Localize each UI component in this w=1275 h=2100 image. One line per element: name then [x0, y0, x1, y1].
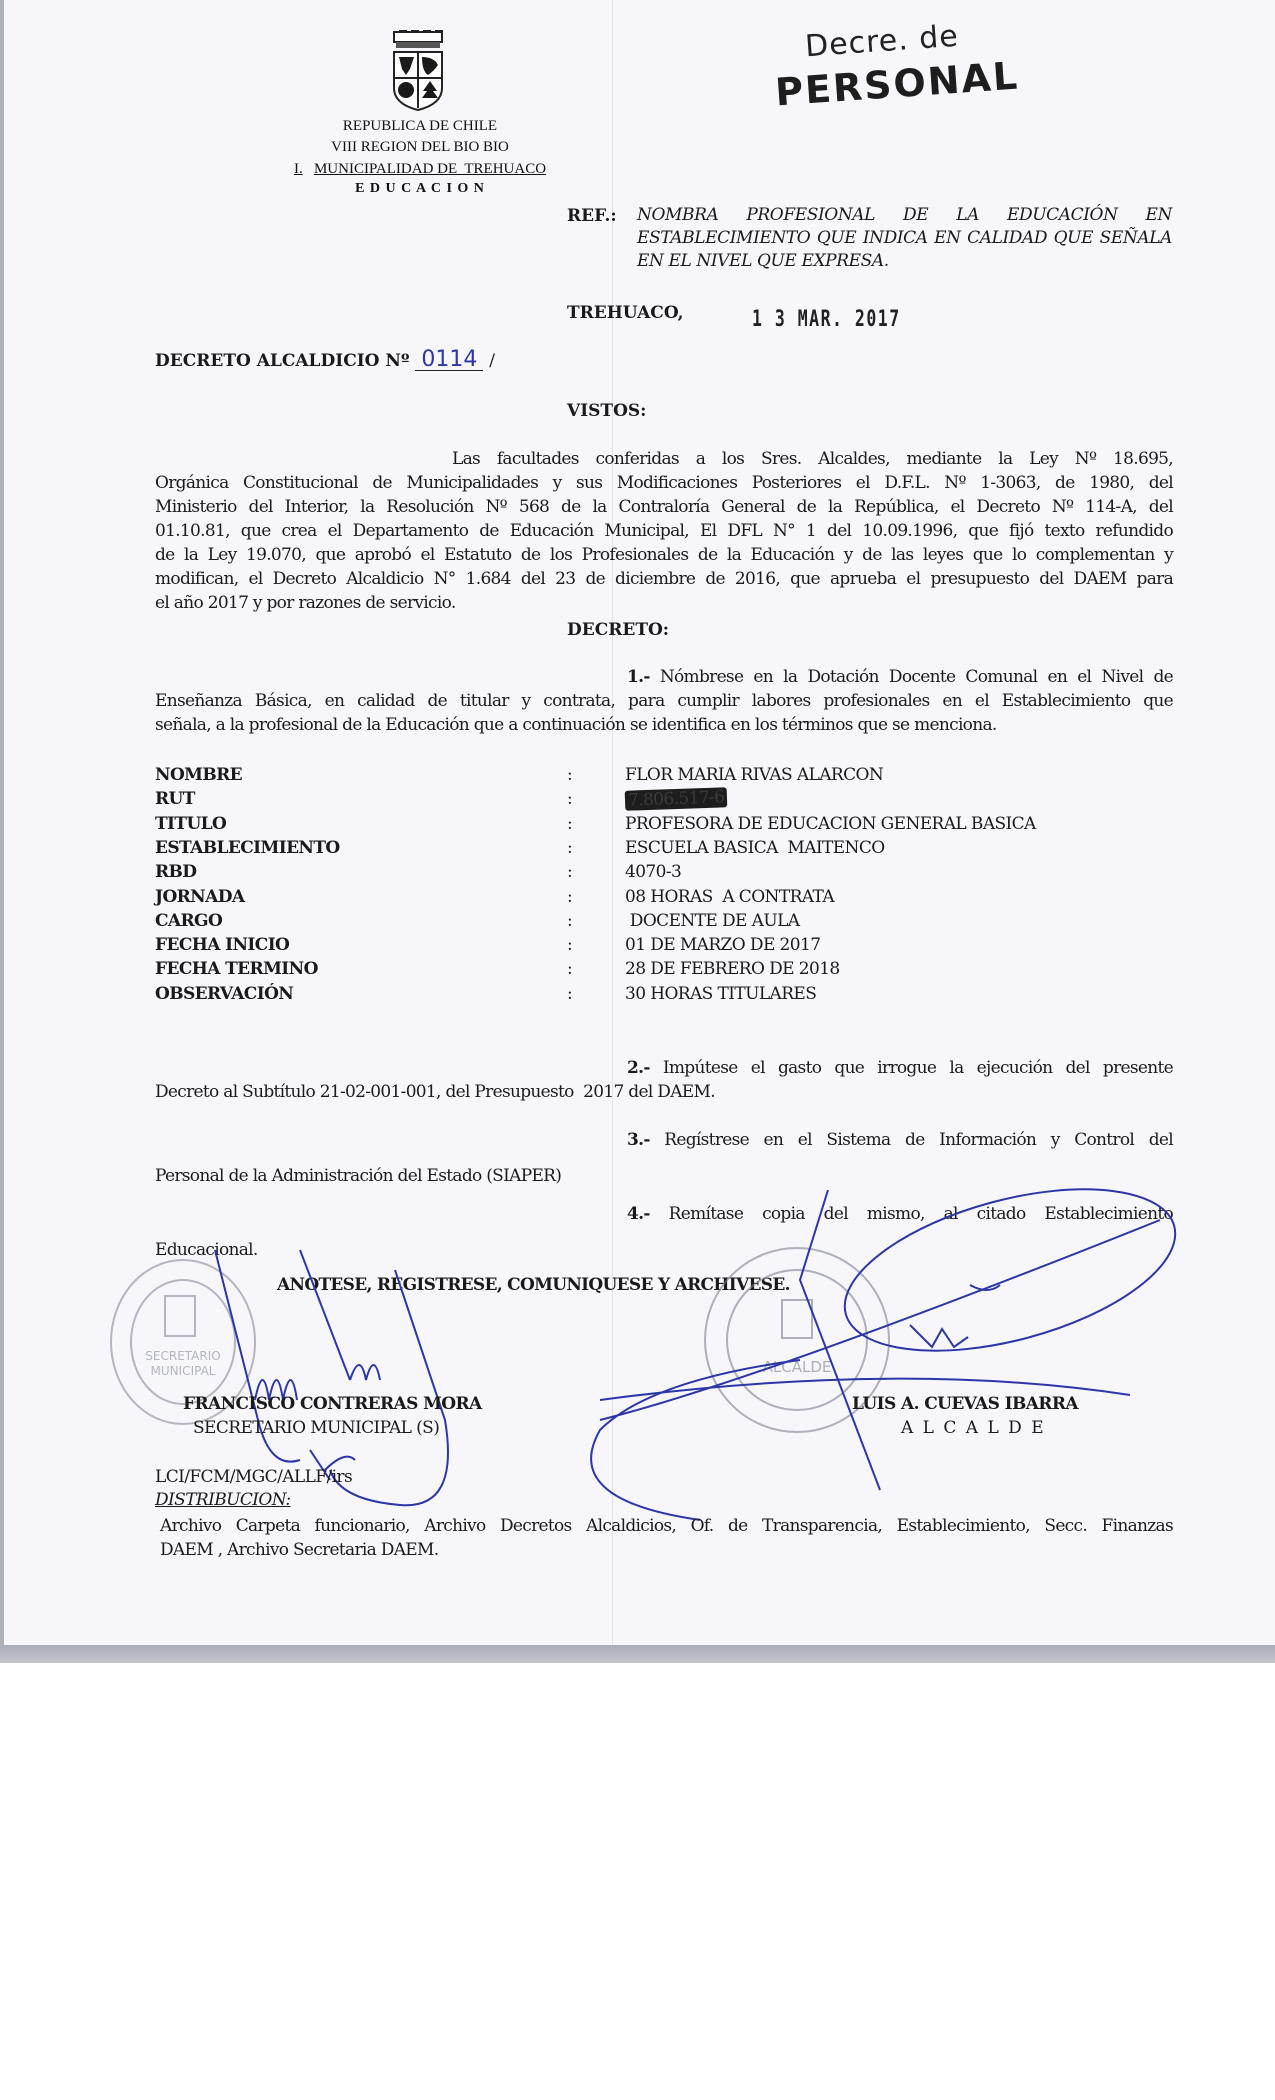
item2-text: Impútese el gasto que irrogue la ejecuci…	[663, 1058, 1173, 1078]
field-label: FECHA INICIO	[155, 935, 289, 955]
vistos-line: modifican, el Decreto Alcaldicio N° 1.68…	[155, 567, 1173, 591]
item1-number: 1.-	[627, 667, 650, 687]
field-value: ESCUELA BASICA MAITENCO	[625, 838, 885, 858]
item2-paragraph: 2.- Impútese el gasto que irrogue la eje…	[155, 1056, 1173, 1104]
field-label: NOMBRE	[155, 765, 242, 785]
item1-line: 1.- Nómbrese en la Dotación Docente Comu…	[155, 665, 1173, 689]
ref-text: NOMBRA PROFESIONAL DE LA EDUCACIÓN EN ES…	[637, 204, 1172, 273]
item4-line: 4.- Remítase copia del mismo, al citado …	[155, 1202, 1173, 1226]
field-value: DOCENTE DE AULA	[625, 911, 799, 931]
ref-line: EN EL NIVEL QUE EXPRESA.	[637, 250, 1172, 273]
item1-line: señala, a la profesional de la Educación…	[155, 713, 1173, 737]
distribution-line: DAEM , Archivo Secretaria DAEM.	[160, 1538, 1173, 1562]
closing-formula: ANOTESE, REGISTRESE, COMUNIQUESE Y ARCHI…	[277, 1275, 790, 1295]
item2-number: 2.-	[627, 1058, 650, 1078]
item4-number: 4.-	[627, 1204, 650, 1224]
field-row: OBSERVACIÓN:30 HORAS TITULARES	[155, 984, 1155, 1008]
letterhead-municipality-name: MUNICIPALIDAD DE TREHUACO	[314, 161, 546, 177]
decree-number-label: DECRETO ALCALDICIO Nº	[155, 351, 409, 371]
field-separator: :	[567, 765, 572, 785]
letterhead-municipality: I. MUNICIPALIDAD DE TREHUACO	[250, 161, 590, 178]
initials-text: LCI/FCM/MGC/ALLF/irs	[155, 1467, 352, 1487]
field-value: 01 DE MARZO DE 2017	[625, 935, 820, 955]
date-stamp: 1 3 MAR. 2017	[752, 307, 901, 332]
item3-text: Regístrese en el Sistema de Información …	[664, 1130, 1173, 1150]
field-separator: :	[567, 814, 572, 834]
field-value: 4070-3	[625, 862, 681, 882]
field-row: RBD:4070-3	[155, 862, 1155, 886]
redaction-mark: 7.806.517-6	[625, 788, 728, 812]
item1-paragraph: 1.- Nómbrese en la Dotación Docente Comu…	[155, 665, 1173, 737]
field-separator: :	[567, 789, 572, 809]
page-bottom-shadow	[0, 1645, 1275, 1663]
decreto-heading: DECRETO:	[567, 620, 669, 640]
handwritten-decree-number: 0114	[415, 350, 483, 371]
vistos-line: Orgánica Constitucional de Municipalidad…	[155, 471, 1173, 495]
ref-line: NOMBRA PROFESIONAL DE LA EDUCACIÓN EN	[637, 204, 1172, 227]
coat-of-arms-icon	[388, 30, 448, 112]
secretary-title: SECRETARIO MUNICIPAL (S)	[193, 1418, 439, 1438]
field-label: OBSERVACIÓN	[155, 984, 293, 1004]
field-label: CARGO	[155, 911, 222, 931]
field-label: TITULO	[155, 814, 226, 834]
decree-number-suffix: /	[489, 351, 495, 371]
decree-number: DECRETO ALCALDICIO Nº 0114 /	[155, 350, 495, 371]
field-value: 08 HORAS A CONTRATA	[625, 887, 834, 907]
vistos-line: el año 2017 y por razones de servicio.	[155, 591, 1173, 615]
vistos-line: Ministerio del Interior, la Resolución N…	[155, 495, 1173, 519]
field-separator: :	[567, 984, 572, 1004]
page-edge	[0, 0, 4, 1663]
item4-text: Remítase copia del mismo, al citado Esta…	[669, 1204, 1173, 1224]
field-separator: :	[567, 862, 572, 882]
item2-line: Decreto al Subtítulo 21-02-001-001, del …	[155, 1080, 1173, 1104]
vistos-line: 01.10.81, que crea el Departamento de Ed…	[155, 519, 1173, 543]
field-value: PROFESORA DE EDUCACION GENERAL BASICA	[625, 814, 1036, 834]
item3-line: 3.- Regístrese en el Sistema de Informac…	[155, 1128, 1173, 1152]
field-separator: :	[567, 935, 572, 955]
distribution-line: Archivo Carpeta funcionario, Archivo Dec…	[160, 1514, 1173, 1538]
field-row: NOMBRE:FLOR MARIA RIVAS ALARCON	[155, 765, 1155, 789]
vistos-heading: VISTOS:	[567, 401, 646, 421]
field-value-redacted: 7.806.517-6	[625, 789, 727, 809]
ref-label: REF.:	[567, 206, 617, 226]
field-label: FECHA TERMINO	[155, 959, 318, 979]
item3-line: Personal de la Administración del Estado…	[155, 1164, 1173, 1188]
item2-line: 2.- Impútese el gasto que irrogue la eje…	[155, 1056, 1173, 1080]
vistos-line: de la Ley 19.070, que aprobó el Estatuto…	[155, 543, 1173, 567]
initials: LCI/FCM/MGC/ALLF/irs	[155, 1467, 352, 1487]
field-separator: :	[567, 838, 572, 858]
letterhead-department: E D U C A C I O N	[250, 181, 590, 197]
item4-line: Educacional.	[155, 1238, 1173, 1262]
field-row: ESTABLECIMIENTO:ESCUELA BASICA MAITENCO	[155, 838, 1155, 862]
distribution-list: Archivo Carpeta funcionario, Archivo Dec…	[160, 1514, 1173, 1562]
field-label: RBD	[155, 862, 196, 882]
item1-line: Enseñanza Básica, en calidad de titular …	[155, 689, 1173, 713]
field-row: FECHA INICIO:01 DE MARZO DE 2017	[155, 935, 1155, 959]
letterhead-prefix: I.	[294, 161, 303, 177]
field-row: TITULO:PROFESORA DE EDUCACION GENERAL BA…	[155, 814, 1155, 838]
ref-line: ESTABLECIMIENTO QUE INDICA EN CALIDAD QU…	[637, 227, 1172, 250]
letterhead-country: REPUBLICA DE CHILE	[250, 118, 590, 135]
field-separator: :	[567, 887, 572, 907]
place: TREHUACO,	[567, 303, 684, 323]
field-row: CARGO: DOCENTE DE AULA	[155, 911, 1155, 935]
field-value: 28 DE FEBRERO DE 2018	[625, 959, 840, 979]
field-value: FLOR MARIA RIVAS ALARCON	[625, 765, 883, 785]
field-row: JORNADA:08 HORAS A CONTRATA	[155, 887, 1155, 911]
field-label: ESTABLECIMIENTO	[155, 838, 340, 858]
item4-paragraph: 4.- Remítase copia del mismo, al citado …	[155, 1202, 1173, 1262]
field-row: FECHA TERMINO:28 DE FEBRERO DE 2018	[155, 959, 1155, 983]
field-separator: :	[567, 911, 572, 931]
mayor-title: A L C A L D E	[901, 1418, 1046, 1438]
item1-text: Nómbrese en la Dotación Docente Comunal …	[660, 667, 1173, 687]
field-value: 30 HORAS TITULARES	[625, 984, 816, 1004]
field-label: RUT	[155, 789, 195, 809]
field-separator: :	[567, 959, 572, 979]
mayor-name: LUIS A. CUEVAS IBARRA	[852, 1394, 1078, 1414]
vistos-line: Las facultades conferidas a los Sres. Al…	[155, 447, 1173, 471]
distribution-heading: DISTRIBUCION:	[155, 1490, 291, 1510]
vistos-paragraph: Las facultades conferidas a los Sres. Al…	[155, 447, 1173, 615]
item3-number: 3.-	[627, 1130, 650, 1150]
letterhead-region: VIII REGION DEL BIO BIO	[250, 139, 590, 156]
item3-paragraph: 3.- Regístrese en el Sistema de Informac…	[155, 1128, 1173, 1188]
field-label: JORNADA	[155, 887, 244, 907]
secretary-name: FRANCISCO CONTRERAS MORA	[183, 1394, 482, 1414]
field-row: RUT:7.806.517-6	[155, 789, 1155, 813]
